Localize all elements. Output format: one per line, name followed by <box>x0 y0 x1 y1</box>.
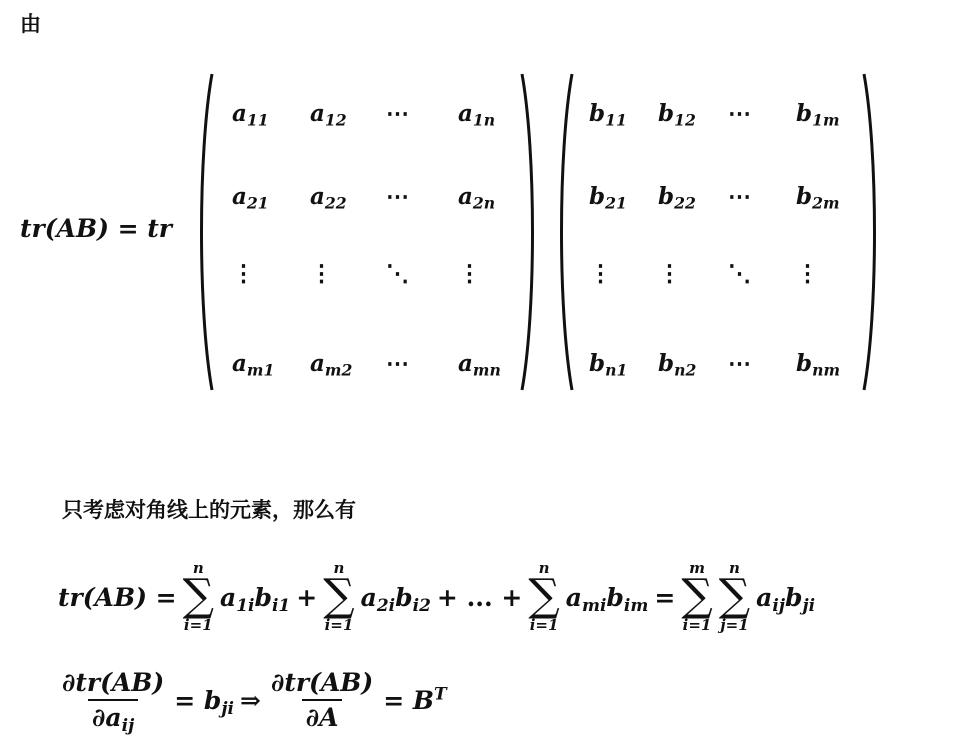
fraction-2: ∂tr(AB)∂A <box>267 668 377 732</box>
matrix-cell: ⋮ <box>796 260 819 287</box>
matrix-cell: ⋯ <box>728 100 751 127</box>
implies-arrow: ⇒ <box>240 686 261 715</box>
matrix-cell: ⋱ <box>728 260 751 287</box>
matrix-cell: b12 <box>658 100 696 127</box>
matrix-cell: ⋮ <box>310 260 333 287</box>
matrix-cell: am2 <box>310 350 352 377</box>
double-sum-outer: m∑i=1 <box>681 560 712 634</box>
matrix-cell: b22 <box>658 183 696 210</box>
matrix-a-right-paren <box>520 72 538 392</box>
sum-1: n∑i=1 <box>183 560 214 634</box>
fraction-1: ∂tr(AB)∂aij <box>58 668 168 732</box>
trace-lhs: tr(AB) = tr <box>20 214 172 243</box>
matrix-cell: ⋯ <box>386 100 409 127</box>
matrix-cell: a22 <box>310 183 347 210</box>
final-term: aijbji <box>756 583 815 612</box>
matrix-cell: b1m <box>796 100 840 127</box>
matrix-a-left-paren <box>196 72 214 392</box>
matrix-cell: bn1 <box>589 350 627 377</box>
matrix-cell: a2n <box>458 183 495 210</box>
intro-text: 由 <box>20 8 41 38</box>
matrix-cell: a12 <box>310 100 347 127</box>
matrix-cell: ⋮ <box>658 260 681 287</box>
matrix-cell: ⋱ <box>386 260 409 287</box>
matrix-cell: ⋯ <box>386 183 409 210</box>
derivative-equation: ∂tr(AB)∂aij = bji ⇒ ∂tr(AB)∂A = BT <box>58 668 453 732</box>
matrix-b-right-paren <box>862 72 880 392</box>
matrix-cell: b2m <box>796 183 840 210</box>
matrix-cell: ⋮ <box>458 260 481 287</box>
term-3: amibim <box>566 583 649 612</box>
matrix-cell: am1 <box>232 350 274 377</box>
caption-text: 只考虑对角线上的元素，那么有 <box>62 494 356 524</box>
matrix-cell: amn <box>458 350 501 377</box>
matrix-cell: a21 <box>232 183 269 210</box>
sum-3: n∑i=1 <box>528 560 559 634</box>
term-1: a1ibi1 <box>220 583 290 612</box>
matrix-cell: a1n <box>458 100 495 127</box>
trace-sum-equation: tr(AB) = n∑i=1 a1ibi1 + n∑i=1 a2ibi2 + .… <box>58 560 948 650</box>
double-sum-inner: n∑j=1 <box>719 560 750 634</box>
matrix-cell: b11 <box>589 100 627 127</box>
matrix-b-left-paren <box>556 72 574 392</box>
matrix-cell: bn2 <box>658 350 696 377</box>
term-2: a2ibi2 <box>361 583 431 612</box>
matrix-cell: b21 <box>589 183 627 210</box>
matrix-cell: ⋮ <box>589 260 612 287</box>
eq1-lhs: tr(AB) = <box>58 583 177 612</box>
matrix-cell: ⋮ <box>232 260 255 287</box>
matrix-cell: ⋯ <box>728 350 751 377</box>
sum-2: n∑i=1 <box>323 560 354 634</box>
matrix-cell: ⋯ <box>386 350 409 377</box>
matrix-cell: a11 <box>232 100 269 127</box>
matrix-cell: ⋯ <box>728 183 751 210</box>
matrix-cell: bnm <box>796 350 840 377</box>
